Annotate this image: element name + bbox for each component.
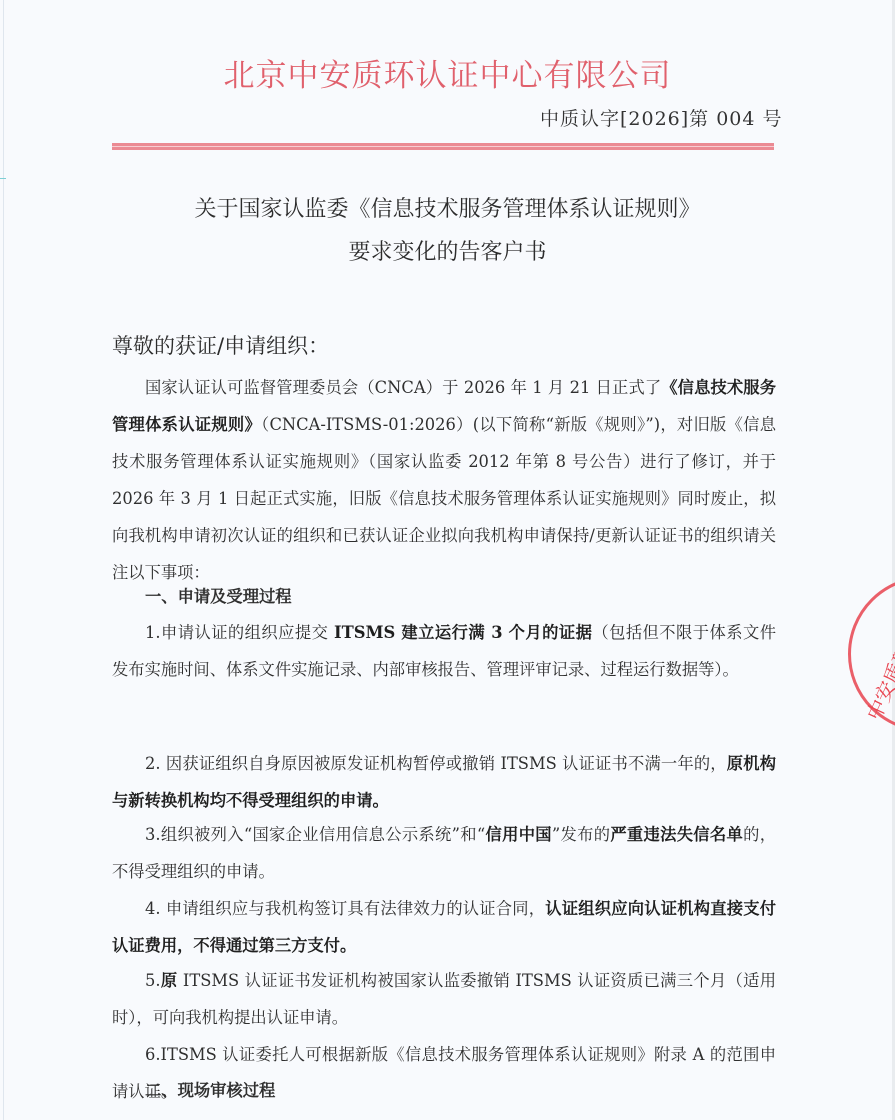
item-text-mid: ”发布的 [552,825,610,844]
list-item-2: 2. 因获证组织自身原因被原发证机构暂停或撤销 ITSMS 认证证书不满一年的，… [112,745,776,819]
document-number: 中质认字[2026]第 004 号 [540,104,783,131]
company-letterhead: 北京中安质环认证中心有限公司 [0,50,895,95]
document-title-line2: 要求变化的告客户书 [0,235,895,266]
section-heading-1: 一、申请及受理过程 [112,578,776,615]
list-item-5: 5.原 ITSMS 认证证书发证机构被国家认监委撤销 ITSMS 认证资质已满三… [112,962,776,1036]
item-text: 4. 申请组织应与我机构签订具有法律效力的认证合同， [145,899,545,918]
item-emphasis: 信用中国 [485,825,552,844]
intro-text: 国家认证认可监督管理委员会（CNCA）于 2026 年 1 月 21 日正式了 [145,378,661,397]
list-item-4: 4. 申请组织应与我机构签订具有法律效力的认证合同，认证组织应向认证机构直接支付… [112,890,776,964]
item-text: 1.申请认证的组织应提交 [145,623,334,642]
page-left-edge [3,0,4,1120]
salutation: 尊敬的获证/申请组织： [112,330,329,360]
page-left-marker [0,178,6,179]
item-text-rest: ITSMS 认证证书发证机构被国家认监委撤销 ITSMS 认证资质已满三个月（适… [112,971,776,1027]
item-emphasis: ITSMS 建立运行满 3 个月的证据 [334,623,592,642]
item-emphasis: 原 [161,971,178,990]
letterhead-red-divider [112,143,774,150]
intro-text-rest: （CNCA-ITSMS-01:2026）(以下简称“新版《规则》”)，对旧版《信… [112,415,776,582]
list-item-3: 3.组织被列入“国家企业信用信息公示系统”和“信用中国”发布的严重违法失信名单的… [112,816,776,890]
document-title-line1: 关于国家认监委《信息技术服务管理体系认证规则》 [0,192,895,223]
item-text: 5. [145,971,161,990]
item-text: 2. 因获证组织自身原因被原发证机构暂停或撤销 ITSMS 认证证书不满一年的， [145,754,727,773]
section-heading-2: 二、现场审核过程 [112,1072,776,1109]
item-text: 3.组织被列入“国家企业信用信息公示系统”和“ [145,825,485,844]
item-emphasis-2: 严重违法失信名单 [610,825,743,844]
list-item-1: 1.申请认证的组织应提交 ITSMS 建立运行满 3 个月的证据（包括但不限于体… [112,614,776,688]
intro-paragraph: 国家认证认可监督管理委员会（CNCA）于 2026 年 1 月 21 日正式了《… [112,369,776,591]
